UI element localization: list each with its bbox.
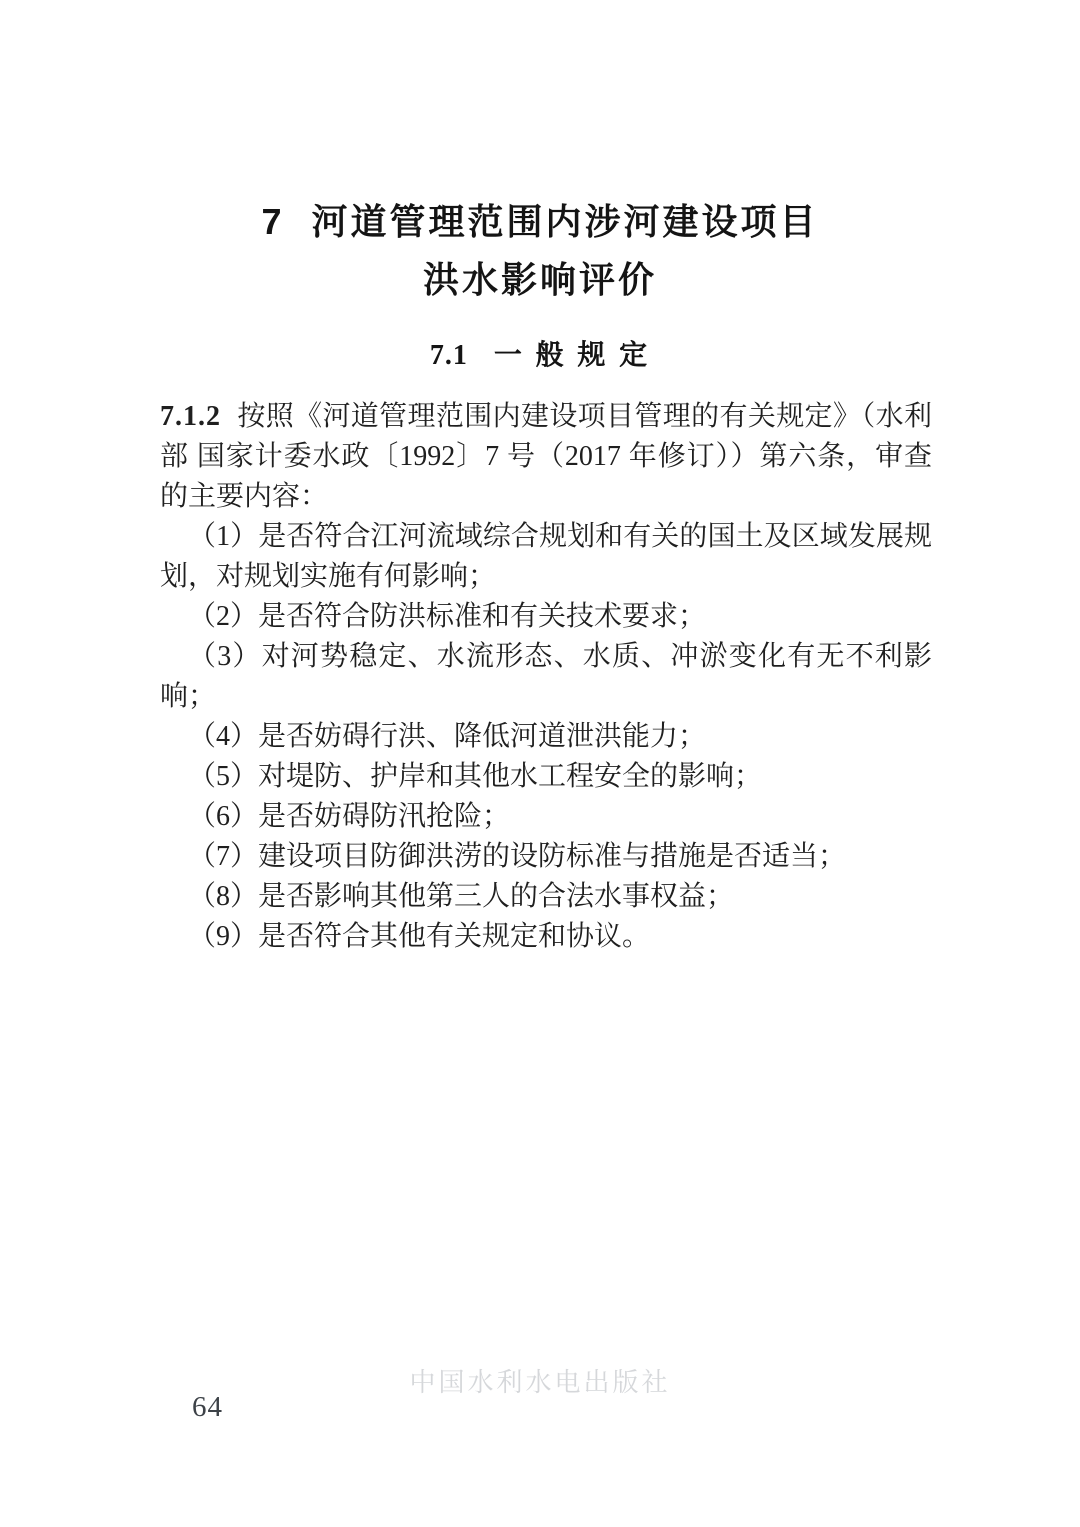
clause-item-4: （4）是否妨碍行洪、降低河道泄洪能力； xyxy=(160,717,932,757)
chapter-title-line1: 河道管理范围内涉河建设项目 xyxy=(312,201,819,242)
clause-item-5: （5）对堤防、护岸和其他水工程安全的影响； xyxy=(160,757,932,797)
clause-item-3: （3）对河势稳定、水流形态、水质、冲淤变化有无不利影响； xyxy=(160,637,932,717)
clause-item-1: （1）是否符合江河流域综合规划和有关的国土及区域发展规划，对规划实施有何影响； xyxy=(160,517,932,597)
chapter-title-line2: 洪水影响评价 xyxy=(0,258,1080,302)
publisher-watermark: 中国水利水电出版社 xyxy=(0,1362,1080,1399)
clause-number: 7.1.2 xyxy=(160,401,221,432)
clause-paragraph: 7.1.2按照《河道管理范围内建设项目管理的有关规定》（水利部 国家计委水政〔1… xyxy=(160,397,932,517)
clause-item-2: （2）是否符合防洪标准和有关技术要求； xyxy=(160,597,932,637)
clause-intro-text: 按照《河道管理范围内建设项目管理的有关规定》（水利部 国家计委水政〔1992〕7… xyxy=(160,401,932,512)
section-title: 一 般 规 定 xyxy=(494,339,650,370)
document-page: 7河道管理范围内涉河建设项目 洪水影响评价 7.1一 般 规 定 7.1.2按照… xyxy=(0,0,1080,1527)
section-heading: 7.1一 般 规 定 xyxy=(0,337,1080,374)
clause-item-6: （6）是否妨碍防汛抢险； xyxy=(160,797,932,837)
section-number: 7.1 xyxy=(430,340,468,371)
clause-item-7: （7）建设项目防御洪涝的设防标准与措施是否适当； xyxy=(160,837,932,877)
chapter-number: 7 xyxy=(261,201,281,242)
page-number: 64 xyxy=(192,1390,223,1424)
clause-item-8: （8）是否影响其他第三人的合法水事权益； xyxy=(160,877,932,917)
clause-item-9: （9）是否符合其他有关规定和协议。 xyxy=(160,917,932,957)
clause-body: 7.1.2按照《河道管理范围内建设项目管理的有关规定》（水利部 国家计委水政〔1… xyxy=(160,397,932,957)
chapter-heading: 7河道管理范围内涉河建设项目 xyxy=(0,200,1080,244)
